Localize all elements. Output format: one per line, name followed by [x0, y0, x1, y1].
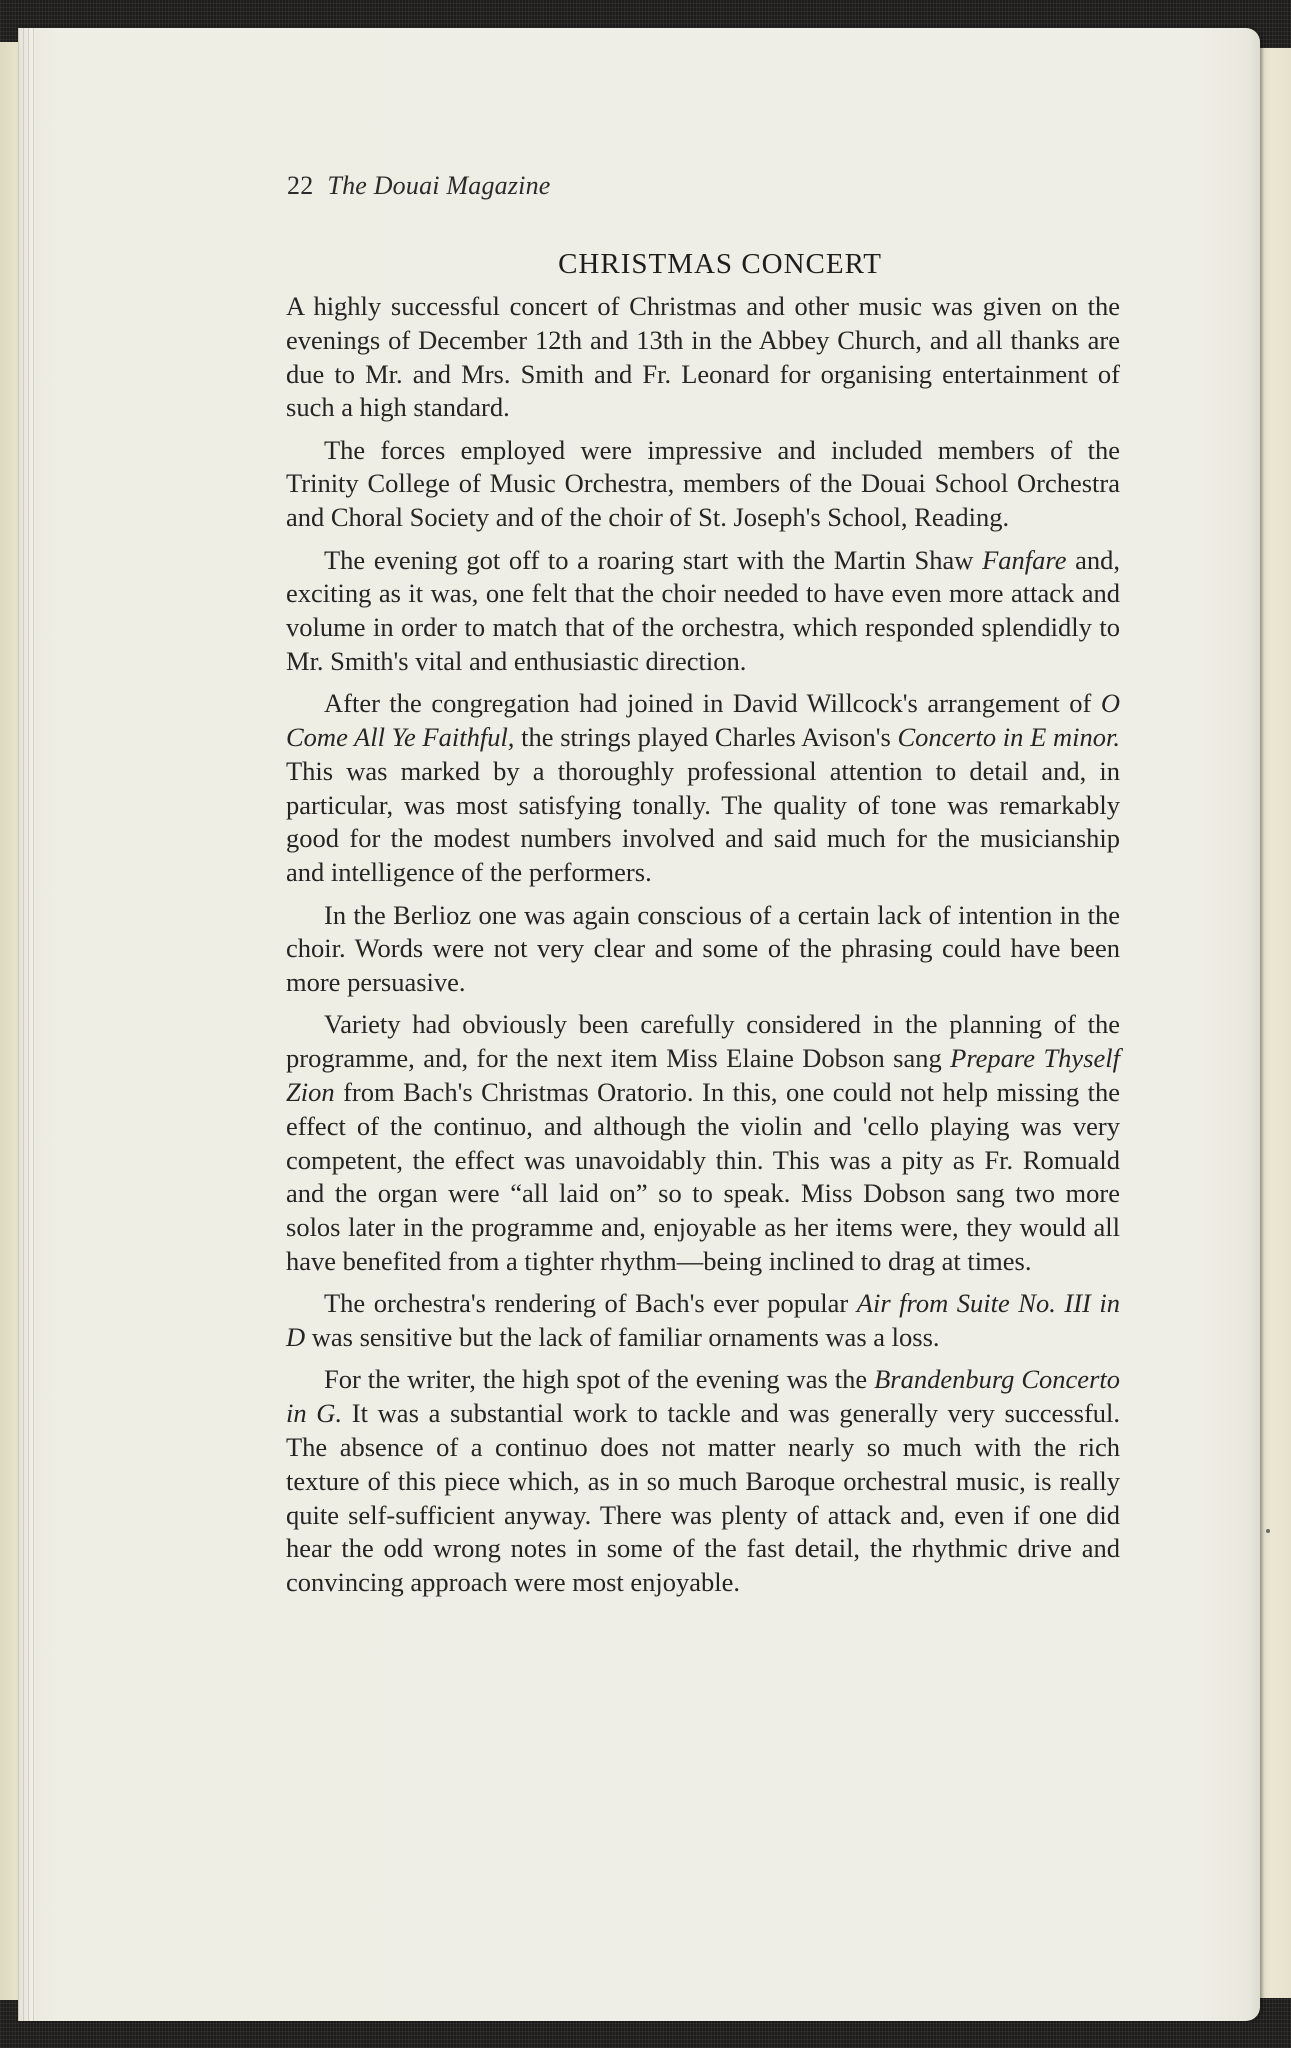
paragraph-text: The forces employed were impressive and …	[286, 435, 1120, 533]
paragraph-text: from Bach's Christmas Oratorio. In this,…	[286, 1077, 1120, 1276]
running-header: 22 The Douai Magazine	[287, 171, 551, 201]
paragraph: A highly successful concert of Christmas…	[286, 290, 1120, 425]
article-title: CHRISTMAS CONCERT	[286, 248, 1120, 281]
paragraph: Variety had obviously been carefully con…	[286, 1008, 1120, 1278]
paragraph: The orchestra's rendering of Bach's ever…	[286, 1287, 1120, 1355]
paragraph: After the congregation had joined in Dav…	[286, 687, 1120, 890]
page-stack-edge	[18, 28, 38, 2021]
paragraph-text: This was marked by a thoroughly professi…	[286, 756, 1120, 887]
paragraph-text: The orchestra's rendering of Bach's ever…	[324, 1288, 857, 1318]
page-mark	[1266, 1529, 1270, 1533]
underlying-page-right-edge	[1258, 48, 1291, 1998]
running-title: The Douai Magazine	[327, 171, 550, 201]
paragraph-text: was sensitive but the lack of familiar o…	[305, 1322, 939, 1352]
paragraph: For the writer, the high spot of the eve…	[286, 1363, 1120, 1600]
paragraph-text: In the Berlioz one was again conscious o…	[286, 900, 1120, 998]
paragraph-text: the strings played Charles Avison's	[514, 722, 897, 752]
paragraph-text: It was a substantial work to tackle and …	[286, 1398, 1120, 1597]
paragraph: The evening got off to a roaring start w…	[286, 544, 1120, 679]
paragraph-text: The evening got off to a roaring start w…	[324, 545, 982, 575]
paragraph-text: For the writer, the high spot of the eve…	[324, 1364, 874, 1394]
paragraph: The forces employed were impressive and …	[286, 434, 1120, 535]
article: CHRISTMAS CONCERT A highly successful co…	[286, 248, 1120, 1608]
paragraph-text: After the congregation had joined in Dav…	[324, 688, 1101, 718]
paragraph-text: A highly successful concert of Christmas…	[286, 291, 1120, 422]
page-number: 22	[287, 171, 313, 201]
paragraph: In the Berlioz one was again conscious o…	[286, 899, 1120, 1000]
work-title: Concerto in E minor.	[897, 722, 1120, 752]
work-title: Fanfare	[982, 545, 1066, 575]
